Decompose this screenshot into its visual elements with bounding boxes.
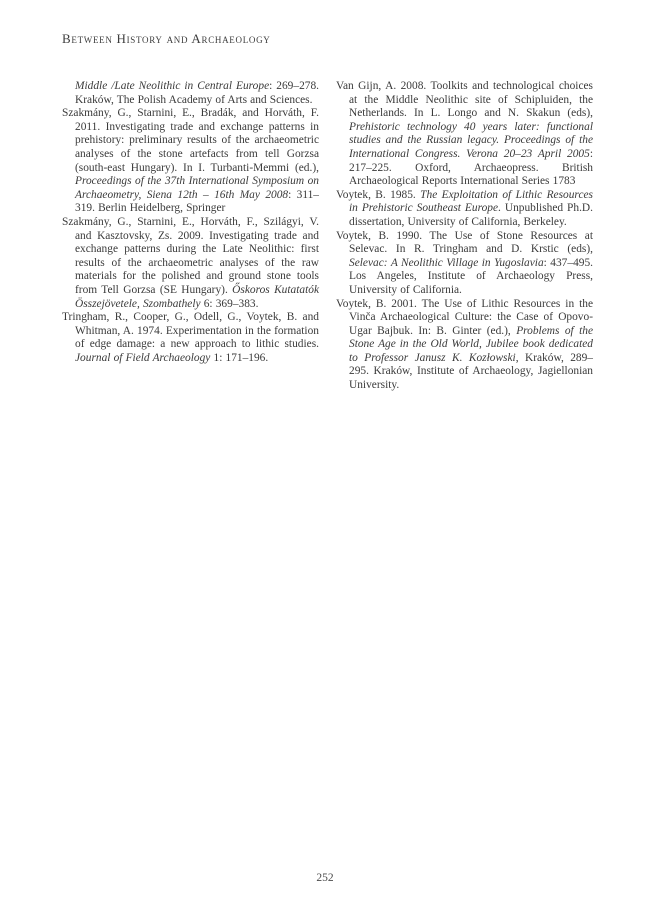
reference-text: Voytek, B. 1985. <box>336 189 420 201</box>
page-number: 252 <box>0 872 650 884</box>
reference-entry: Van Gijn, A. 2008. Toolkits and technolo… <box>336 80 593 189</box>
reference-entry: Szakmány, G., Starnini, E., Bradák, and … <box>62 107 319 216</box>
reference-entry: Szakmány, G., Starnini, E., Horváth, F.,… <box>62 216 319 311</box>
references-column-left: Middle /Late Neolithic in Central Europe… <box>62 80 319 393</box>
reference-text: 1: 171–196. <box>210 352 268 364</box>
reference-title-italic: Middle /Late Neolithic in Central Europe <box>75 80 269 92</box>
reference-text: Van Gijn, A. 2008. Toolkits and technolo… <box>336 80 593 119</box>
references-section: Middle /Late Neolithic in Central Europe… <box>62 80 593 393</box>
reference-title-italic: Proceedings of the 37th International Sy… <box>75 175 319 201</box>
reference-title-italic: Selevac: A Neolithic Village in Yugoslav… <box>349 257 544 269</box>
reference-text: Voytek, B. 1990. The Use of Stone Resour… <box>336 230 593 256</box>
book-page: Between History and Archaeology Middle /… <box>0 0 650 920</box>
reference-entry: Voytek, B. 1985. The Exploitation of Lit… <box>336 189 593 230</box>
reference-title-italic: Journal of Field Archaeology <box>75 352 210 364</box>
reference-text: Szakmány, G., Starnini, E., Bradák, and … <box>62 107 319 173</box>
reference-entry: Voytek, B. 2001. The Use of Lithic Resou… <box>336 298 593 393</box>
reference-entry: Tringham, R., Cooper, G., Odell, G., Voy… <box>62 311 319 365</box>
running-header: Between History and Archaeology <box>62 31 271 47</box>
reference-text: Tringham, R., Cooper, G., Odell, G., Voy… <box>62 311 319 350</box>
reference-title-italic: Prehistoric technology 40 years later: f… <box>349 121 593 160</box>
reference-text: 6: 369–383. <box>201 298 259 310</box>
reference-entry: Middle /Late Neolithic in Central Europe… <box>62 80 319 107</box>
references-column-right: Van Gijn, A. 2008. Toolkits and technolo… <box>336 80 593 393</box>
reference-entry: Voytek, B. 1990. The Use of Stone Resour… <box>336 230 593 298</box>
